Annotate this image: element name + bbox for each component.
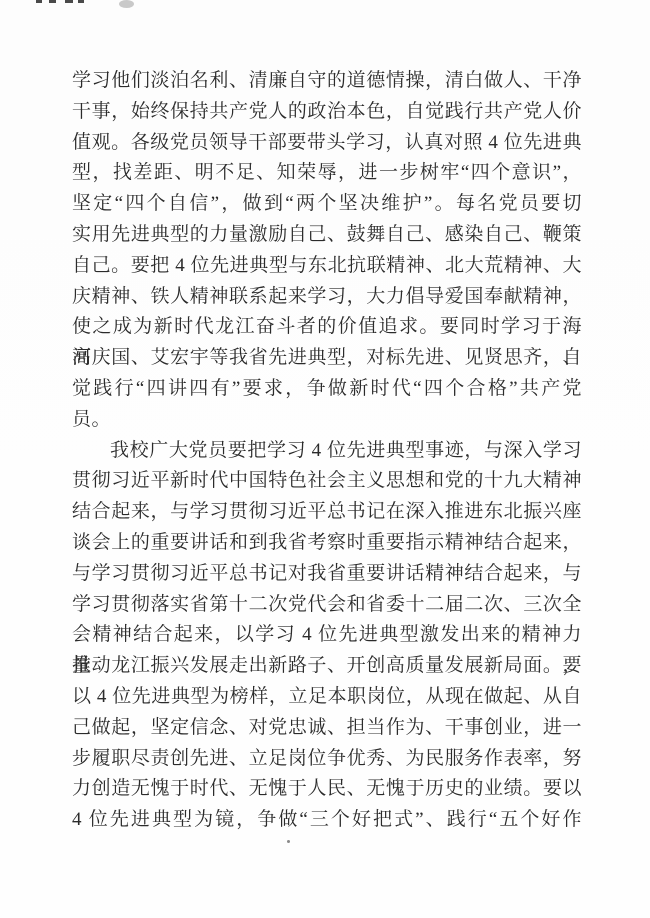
text-line: 结合起来，与学习贯彻习近平总书记在深入推进东北振兴座 (72, 497, 582, 528)
text-line: 员。 (72, 405, 582, 436)
scan-artifact (78, 0, 84, 3)
scan-speck (287, 840, 290, 843)
text-line: 坚定“四个自信”，做到“两个坚决维护”。每名党员要切 (72, 189, 582, 220)
text-line: 庆精神、铁人精神联系起来学习，大力倡导爱国奉献精神， (72, 282, 582, 313)
scan-smudge (119, 0, 134, 8)
text-line: 步履职尽责创先进、立足岗位争优秀、为民服务作表率，努 (72, 744, 582, 775)
text-line: 型，找差距、明不足、知荣辱，进一步树牢“四个意识”， (72, 158, 582, 189)
scan-artifact (65, 0, 73, 3)
text-line: 4 位先进典型为镜，争做“三个好把式”、践行“五个好作 (72, 805, 582, 836)
text-line: 会精神结合起来，以学习 4 位先进典型激发出来的精神力量， (72, 620, 582, 651)
text-line: 己做起，坚定信念、对党忠诚、担当作为、干事创业，进一 (72, 713, 582, 744)
text-line: 推动龙江振兴发展走出新路子、开创高质量发展新局面。要 (72, 651, 582, 682)
text-line: 自己。要把 4 位先进典型与东北抗联精神、北大荒精神、大 (72, 251, 582, 282)
document-page: 学习他们淡泊名利、清廉自守的道德情操，清白做人、干净 干事，始终保持共产党人的政… (0, 0, 650, 918)
text-line: 我校广大党员要把学习 4 位先进典型事迹，与深入学习 (72, 436, 582, 467)
text-line: 贯彻习近平新时代中国特色社会主义思想和党的十九大精神 (72, 466, 582, 497)
text-line: 学习贯彻落实省第十二次党代会和省委十二届二次、三次全 (72, 590, 582, 621)
document-body-text: 学习他们淡泊名利、清廉自守的道德情操，清白做人、干净 干事，始终保持共产党人的政… (72, 66, 582, 836)
text-line: 高庆国、艾宏宇等我省先进典型，对标先进、见贤思齐，自 (72, 343, 582, 374)
scan-artifact (49, 0, 56, 3)
text-line: 学习他们淡泊名利、清廉自守的道德情操，清白做人、干净 (72, 66, 582, 97)
paragraph: 学习他们淡泊名利、清廉自守的道德情操，清白做人、干净 干事，始终保持共产党人的政… (72, 66, 582, 436)
text-line: 实用先进典型的力量激励自己、鼓舞自己、感染自己、鞭策 (72, 220, 582, 251)
text-line: 以 4 位先进典型为榜样，立足本职岗位，从现在做起、从自 (72, 682, 582, 713)
text-line: 干事，始终保持共产党人的政治本色，自觉践行共产党人价 (72, 97, 582, 128)
scan-artifact (36, 0, 42, 3)
text-line: 力创造无愧于时代、无愧于人民、无愧于历史的业绩。要以 (72, 774, 582, 805)
text-line: 谈会上的重要讲话和到我省考察时重要指示精神结合起来， (72, 528, 582, 559)
paragraph: 我校广大党员要把学习 4 位先进典型事迹，与深入学习 贯彻习近平新时代中国特色社… (72, 436, 582, 836)
text-line: 与学习贯彻习近平总书记对我省重要讲话精神结合起来，与 (72, 559, 582, 590)
text-line: 使之成为新时代龙江奋斗者的价值追求。要同时学习于海河、 (72, 312, 582, 343)
text-line: 觉践行“四讲四有”要求，争做新时代“四个合格”共产党 (72, 374, 582, 405)
text-line: 值观。各级党员领导干部要带头学习，认真对照 4 位先进典 (72, 128, 582, 159)
